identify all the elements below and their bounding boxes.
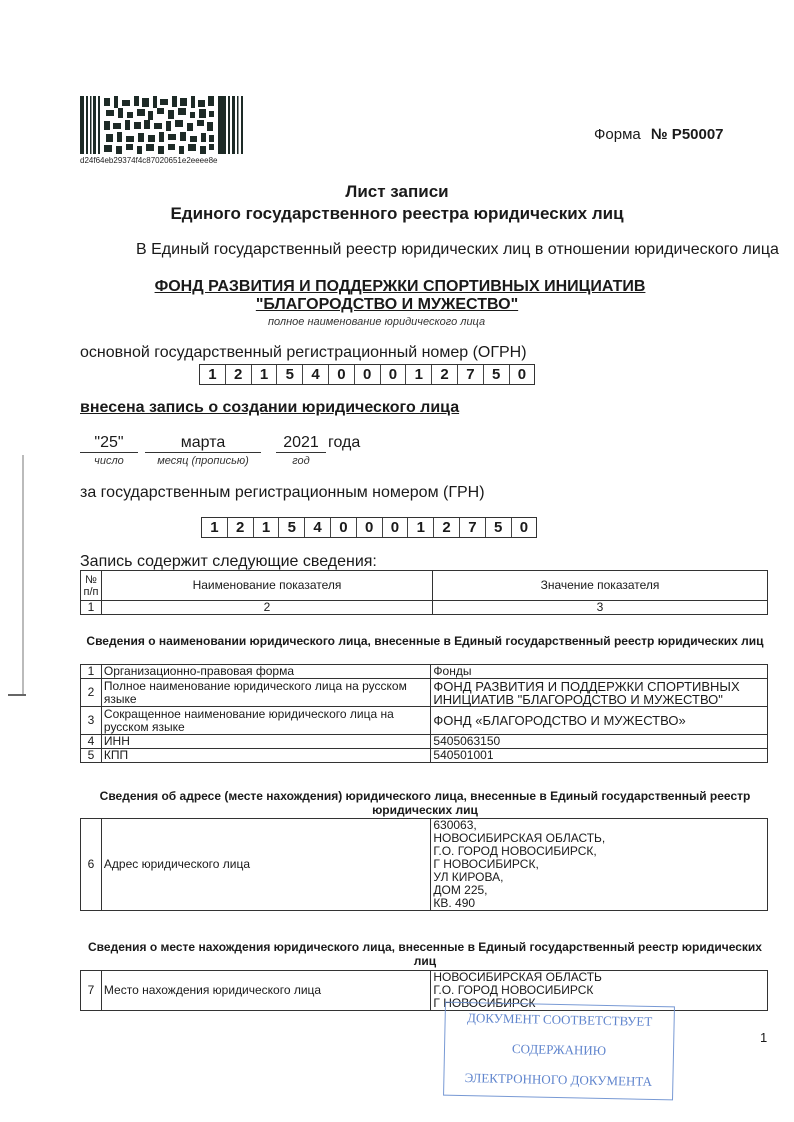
section-location-table: 7 Место нахождения юридического лица НОВ…	[80, 970, 768, 1011]
row-name: Адрес юридического лица	[101, 819, 430, 911]
row-name: ИНН	[101, 735, 431, 749]
grn-digit: 2	[433, 518, 459, 537]
form-code: № Р50007	[651, 126, 724, 143]
row-num: 6	[81, 819, 102, 911]
address-line: ДОМ 225,	[433, 884, 765, 897]
row-name: Место нахождения юридического лица	[101, 971, 430, 1011]
entry-year-suffix: года	[328, 434, 360, 452]
grn-digit: 0	[356, 518, 382, 537]
header-index-value: 3	[433, 601, 768, 615]
day-caption: число	[80, 455, 138, 467]
grn-digit: 1	[253, 518, 279, 537]
entry-year: 2021	[276, 434, 326, 453]
grn-digit: 1	[202, 518, 227, 537]
stamp-line-1: ДОКУМЕНТ СООТВЕТСТВУЕТ	[445, 1003, 674, 1038]
row-name: Сокращенное наименование юридического ли…	[101, 707, 431, 735]
ogrn-digit: 2	[225, 365, 251, 384]
stamp-line-3: ЭЛЕКТРОННОГО ДОКУМЕНТА	[444, 1063, 673, 1098]
row-value: Фонды	[431, 665, 768, 679]
grn-digit: 0	[330, 518, 356, 537]
row-value: ФОНД «БЛАГОРОДСТВО И МУЖЕСТВО»	[431, 707, 768, 735]
ogrn-digit: 5	[483, 365, 509, 384]
table-row: 3 Сокращенное наименование юридического …	[81, 707, 768, 735]
ogrn-digit: 1	[405, 365, 431, 384]
row-name: Полное наименование юридического лица на…	[101, 679, 431, 707]
certification-stamp: ДОКУМЕНТ СООТВЕТСТВУЕТ СОДЕРЖАНИЮ ЭЛЕКТР…	[443, 1002, 675, 1101]
row-num: 5	[81, 749, 102, 763]
table-row: 4 ИНН 5405063150	[81, 735, 768, 749]
ogrn-digit: 1	[200, 365, 225, 384]
row-name: КПП	[101, 749, 431, 763]
org-name-line1: ФОНД РАЗВИТИЯ И ПОДДЕРЖКИ СПОРТИВНЫХ ИНИ…	[80, 278, 720, 296]
grn-digits: 1 2 1 5 4 0 0 0 1 2 7 5 0	[201, 517, 537, 538]
ogrn-digits: 1 2 1 5 4 0 0 0 1 2 7 5 0	[199, 364, 535, 385]
ogrn-digit: 1	[251, 365, 277, 384]
ogrn-digit: 0	[354, 365, 380, 384]
table-row: 2 Полное наименование юридического лица …	[81, 679, 768, 707]
table-row: 1 Организационно-правовая форма Фонды	[81, 665, 768, 679]
row-num: 4	[81, 735, 102, 749]
section-address-title: Сведения об адресе (месте нахождения) юр…	[80, 789, 770, 817]
ogrn-digit: 7	[457, 365, 483, 384]
row-num: 7	[81, 971, 102, 1011]
table-row: 5 КПП 540501001	[81, 749, 768, 763]
section-name-table: 1 Организационно-правовая форма Фонды 2 …	[80, 664, 768, 763]
stamp-line-2: СОДЕРЖАНИЮ	[445, 1033, 674, 1068]
form-number: Форма № Р50007	[594, 126, 724, 143]
year-caption: год	[276, 455, 326, 467]
ogrn-digit: 2	[431, 365, 457, 384]
grn-digit: 7	[459, 518, 485, 537]
barcode-id: d24f64eb29374f4c87020651e2eeee8e	[80, 156, 217, 165]
barcode-image	[80, 96, 248, 154]
ogrn-digit: 5	[276, 365, 302, 384]
grn-digit: 0	[382, 518, 408, 537]
scan-margin-line	[22, 455, 24, 695]
row-value: 630063, НОВОСИБИРСКАЯ ОБЛАСТЬ, Г.О. ГОРО…	[431, 819, 768, 911]
ogrn-digit: 0	[380, 365, 406, 384]
grn-label: за государственным регистрационным номер…	[80, 484, 485, 502]
page-subtitle: Единого государственного реестра юридиче…	[0, 204, 794, 224]
month-caption: месяц (прописью)	[145, 455, 261, 467]
record-intro: Запись содержит следующие сведения:	[80, 553, 377, 571]
page-title: Лист записи	[0, 182, 794, 202]
table-row: 7 Место нахождения юридического лица НОВ…	[81, 971, 768, 1011]
ogrn-digit: 0	[509, 365, 535, 384]
entry-day: "25"	[80, 434, 138, 453]
table-row: 6 Адрес юридического лица 630063, НОВОСИ…	[81, 819, 768, 911]
row-value: 540501001	[431, 749, 768, 763]
row-value: ФОНД РАЗВИТИЯ И ПОДДЕРЖКИ СПОРТИВНЫХ ИНИ…	[431, 679, 768, 707]
section-address-table: 6 Адрес юридического лица 630063, НОВОСИ…	[80, 818, 768, 911]
page-number: 1	[760, 1030, 767, 1045]
ogrn-digit: 0	[328, 365, 354, 384]
row-num: 2	[81, 679, 102, 707]
section-name-title: Сведения о наименовании юридического лиц…	[80, 634, 770, 648]
ogrn-label: основной государственный регистрационный…	[80, 344, 527, 362]
scan-margin-mark	[8, 694, 26, 696]
entry-action: внесена запись о создании юридического л…	[80, 399, 459, 417]
grn-digit: 4	[304, 518, 330, 537]
grn-digit: 5	[485, 518, 511, 537]
grn-digit: 1	[407, 518, 433, 537]
form-label: Форма	[594, 126, 641, 143]
entry-month: марта	[145, 434, 261, 453]
org-name-line2: "БЛАГОРОДСТВО И МУЖЕСТВО"	[228, 296, 546, 314]
grn-digit: 2	[227, 518, 253, 537]
record-header-table: № п/п Наименование показателя Значение п…	[80, 570, 768, 615]
header-name: Наименование показателя	[102, 571, 433, 601]
intro-text: В Единый государственный реестр юридичес…	[80, 240, 790, 260]
row-name: Организационно-правовая форма	[101, 665, 431, 679]
row-num: 3	[81, 707, 102, 735]
row-num: 1	[81, 665, 102, 679]
grn-digit: 0	[511, 518, 537, 537]
header-index-num: 1	[81, 601, 102, 615]
header-index-name: 2	[102, 601, 433, 615]
row-value: 5405063150	[431, 735, 768, 749]
org-name-caption: полное наименование юридического лица	[268, 316, 485, 328]
address-line: КВ. 490	[433, 897, 765, 910]
grn-digit: 5	[278, 518, 304, 537]
header-value: Значение показателя	[433, 571, 768, 601]
header-num: № п/п	[81, 571, 102, 601]
ogrn-digit: 4	[302, 365, 328, 384]
section-location-title: Сведения о месте нахождения юридического…	[80, 940, 770, 968]
